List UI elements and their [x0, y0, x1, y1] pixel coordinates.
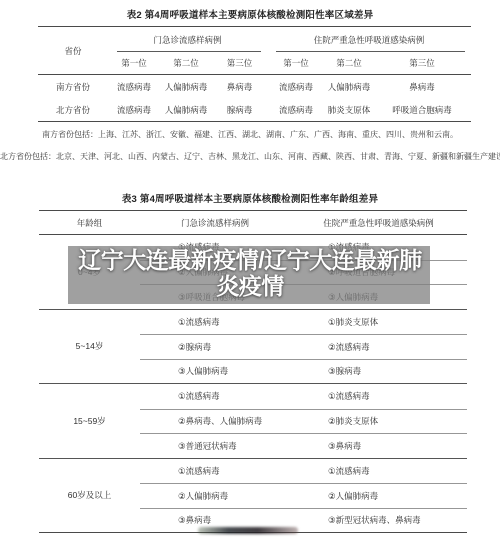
- table-row: ①流感病毒 ①流感病毒: [140, 384, 467, 409]
- pathogen-cell: ③人偏肺病毒: [140, 360, 290, 384]
- table2-cell: 流感病毒: [108, 98, 160, 121]
- group-rows: ①流感病毒 ①肺炎支原体 ②腺病毒 ②流感病毒 ③人偏肺病毒 ③腺病毒: [140, 310, 467, 384]
- table3-group-60-plus: 60岁及以上 ①流感病毒 ①流感病毒 ②人偏肺病毒 ②人偏肺病毒 ③鼻病毒 ③新…: [39, 458, 467, 533]
- table3-header-inpatient: 住院严重急性呼吸道感染病例: [290, 211, 467, 234]
- table2-cell: 呼吸道合胞病毒: [373, 98, 471, 121]
- table-row: ③人偏肺病毒 ③腺病毒: [140, 359, 467, 384]
- table2-cell: 腺病毒: [212, 98, 267, 121]
- table-row: ③鼻病毒 ③新型冠状病毒、鼻病毒: [140, 508, 467, 533]
- pathogen-cell: ①流感病毒: [290, 384, 467, 409]
- pathogen-cell: ②鼻病毒、人偏肺病毒: [140, 410, 290, 434]
- age-label: 5~14岁: [39, 310, 140, 384]
- table-row: ②人偏肺病毒 ②人偏肺病毒: [140, 483, 467, 508]
- watermark-title-line2: 炎疫情: [0, 273, 500, 299]
- group-rows: ①流感病毒 ①流感病毒 ②人偏肺病毒 ②人偏肺病毒 ③鼻病毒 ③新型冠状病毒、鼻…: [140, 459, 467, 533]
- pathogen-cell: ②流感病毒: [290, 335, 467, 359]
- pathogen-cell: ①流感病毒: [140, 310, 290, 335]
- table2-rank-header: 第一位: [108, 52, 160, 75]
- pathogen-cell: ②腺病毒: [140, 335, 290, 359]
- footnote-north-provinces: 北方省份包括：北京、天津、河北、山西、内蒙古、辽宁、吉林、黑龙江、山东、河南、西…: [0, 151, 500, 162]
- table2-cell: 人偏肺病毒: [325, 75, 373, 98]
- table3-group-5-14: 5~14岁 ①流感病毒 ①肺炎支原体 ②腺病毒 ②流感病毒 ③人偏肺病毒 ③腺病…: [39, 309, 467, 384]
- table2-rank-header: 第三位: [373, 52, 471, 75]
- table2-cell: 人偏肺病毒: [160, 75, 212, 98]
- pathogen-cell: ①肺炎支原体: [290, 310, 467, 335]
- table2-cell: 人偏肺病毒: [160, 98, 212, 121]
- table2-cell: 鼻病毒: [373, 75, 471, 98]
- table2-cell: 流感病毒: [108, 75, 160, 98]
- table2-title: 表2 第4周呼吸道样本主要病原体核酸检测阳性率区域差异: [0, 7, 500, 21]
- table2-cell: 鼻病毒: [212, 75, 267, 98]
- table3-header-age: 年龄组: [39, 211, 140, 234]
- blurred-watermark-smudge: [198, 527, 298, 534]
- age-label: 60岁及以上: [39, 459, 140, 533]
- watermark-title: 辽宁大连最新疫情/辽宁大连最新肺 炎疫情: [0, 247, 500, 299]
- pathogen-cell: ③腺病毒: [290, 360, 467, 384]
- table-row: ①流感病毒 ①肺炎支原体: [140, 310, 467, 335]
- pathogen-cell: ③新型冠状病毒、鼻病毒: [290, 509, 467, 533]
- table2-rank-header: 第二位: [160, 52, 212, 75]
- table2-row-region: 南方省份: [38, 75, 108, 98]
- table3-header-outpatient: 门急诊流感样病例: [140, 211, 290, 234]
- pathogen-cell: ①流感病毒: [140, 384, 290, 409]
- table2-cell: 肺炎支原体: [325, 98, 373, 121]
- table2-rank-header: 第一位: [267, 52, 325, 75]
- table2-regional-differences: 省份 门急诊流感样病例 住院严重急性呼吸道感染病例 第一位 第二位 第三位 第一…: [38, 26, 471, 122]
- document-page: 表2 第4周呼吸道样本主要病原体核酸检测阳性率区域差异 省份 门急诊流感样病例 …: [0, 0, 500, 546]
- table2-cell: 流感病毒: [267, 75, 325, 98]
- pathogen-cell: ②肺炎支原体: [290, 410, 467, 434]
- pathogen-cell: ③鼻病毒: [290, 434, 467, 458]
- pathogen-cell: ①流感病毒: [290, 459, 467, 484]
- watermark-title-line1: 辽宁大连最新疫情/辽宁大连最新肺: [0, 247, 500, 273]
- table3-group-15-59: 15~59岁 ①流感病毒 ①流感病毒 ②鼻病毒、人偏肺病毒 ②肺炎支原体 ③普通…: [39, 383, 467, 458]
- table2-cell: 流感病毒: [267, 98, 325, 121]
- table-row: ①流感病毒 ①流感病毒: [140, 459, 467, 484]
- table2-group-inpatient: 住院严重急性呼吸道感染病例: [267, 27, 471, 52]
- pathogen-cell: ③普通冠状病毒: [140, 434, 290, 458]
- footnote-south-provinces: 南方省份包括：上海、江苏、浙江、安徽、福建、江西、湖北、湖南、广东、广西、海南、…: [0, 129, 500, 140]
- table3-header-row: 年龄组 门急诊流感样病例 住院严重急性呼吸道感染病例: [39, 211, 467, 235]
- table-row: ③普通冠状病毒 ③鼻病毒: [140, 433, 467, 458]
- table2-region-header: 省份: [38, 27, 108, 75]
- group-rows: ①流感病毒 ①流感病毒 ②鼻病毒、人偏肺病毒 ②肺炎支原体 ③普通冠状病毒 ③鼻…: [140, 384, 467, 458]
- table2-row-region: 北方省份: [38, 98, 108, 121]
- table3-title: 表3 第4周呼吸道样本主要病原体核酸检测阳性率年龄组差异: [0, 191, 500, 205]
- pathogen-cell: ①流感病毒: [140, 459, 290, 484]
- table2-rank-header: 第二位: [325, 52, 373, 75]
- table2-group-outpatient: 门急诊流感样病例: [108, 27, 267, 52]
- table2-rank-header: 第三位: [212, 52, 267, 75]
- pathogen-cell: ②人偏肺病毒: [140, 484, 290, 508]
- table-row: ②腺病毒 ②流感病毒: [140, 334, 467, 359]
- table-row: ②鼻病毒、人偏肺病毒 ②肺炎支原体: [140, 409, 467, 434]
- age-label: 15~59岁: [39, 384, 140, 458]
- pathogen-cell: ②人偏肺病毒: [290, 484, 467, 508]
